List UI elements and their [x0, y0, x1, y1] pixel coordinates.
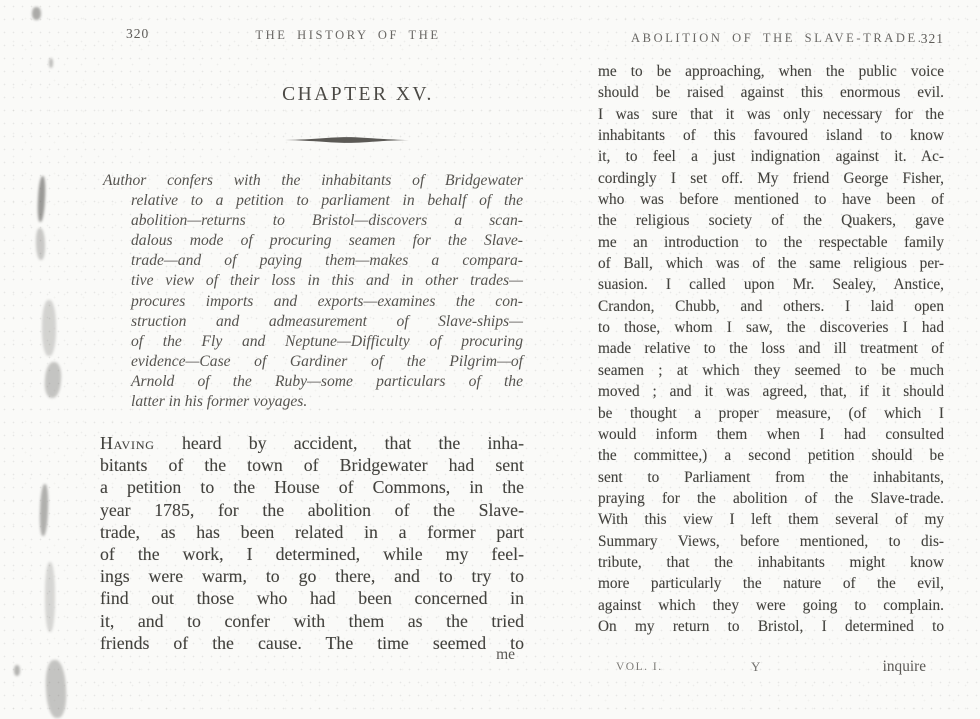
scan-smudge	[49, 58, 53, 68]
body-line: would inform them when I had consulted	[598, 424, 944, 445]
body-line: moved ; and it was agreed, that, if it s…	[598, 381, 944, 402]
signature-mark: Y	[751, 659, 760, 675]
body-line: Having heard by accident, that the inha-	[100, 432, 524, 454]
summary-line: trade—and of paying them—makes a compara…	[131, 251, 523, 271]
scan-smudge	[32, 7, 41, 20]
body-line: be thought a proper measure, (of which I	[598, 403, 944, 424]
body-line: made relative to the loss and ill treatm…	[598, 338, 944, 359]
body-line: who was before mentioned to have been of	[598, 189, 944, 210]
body-line: tribute, that the inhabitants might know	[598, 552, 944, 573]
catchword-left: me	[458, 646, 515, 664]
body-line: against which they were going to complai…	[598, 595, 944, 616]
body-line: With this view I left them several of my	[598, 509, 944, 530]
body-line-text: heard by accident, that the inha-	[155, 433, 524, 453]
summary-line: struction and admeasurement of Slave-shi…	[131, 312, 523, 332]
body-line: bitants of the town of Bridgewater had s…	[100, 454, 524, 476]
summary-line: evidence—Case of Gardiner of the Pilgrim…	[131, 352, 523, 372]
body-line: Summary Views, before mentioned, to dis-	[598, 531, 944, 552]
body-line: ings were warm, to go there, and to try …	[100, 565, 524, 587]
chapter-heading: CHAPTER XV.	[248, 84, 468, 106]
summary-line: procures imports and exports—examines th…	[131, 292, 523, 312]
running-title-left: THE HISTORY OF THE	[248, 28, 448, 43]
body-line: should be raised against this enormous e…	[598, 82, 944, 103]
body-line: find out those who had been concerned in	[100, 587, 524, 609]
right-page: ABOLITION OF THE SLAVE-TRADE. 321 me to …	[596, 0, 948, 719]
body-line: to those, whom I saw, the discoveries I …	[598, 317, 944, 338]
scan-smudge	[45, 562, 55, 632]
scan-smudge	[44, 361, 62, 398]
body-line: the religious society of the Quakers, ga…	[598, 210, 944, 231]
summary-line: Arnold of the Ruby—some particulars of t…	[131, 372, 523, 392]
running-title-right: ABOLITION OF THE SLAVE-TRADE.	[631, 31, 901, 46]
page-number-right: 321	[921, 31, 944, 47]
scan-smudge	[42, 300, 56, 356]
body-line: seamen ; at which they seemed to be much	[598, 360, 944, 381]
body-line: sent to Parliament from the inhabitants,	[598, 467, 944, 488]
page-number-left: 320	[126, 26, 149, 42]
page-footer: VOL. I. Y inquire	[596, 658, 948, 678]
swelled-rule-ornament	[285, 136, 409, 144]
summary-line: abolition—returns to Bristol—discovers a…	[131, 211, 523, 231]
catchword-right: inquire	[883, 658, 926, 676]
body-line: year 1785, for the abolition of the Slav…	[100, 499, 524, 521]
summary-line: Author confers with the inhabitants of B…	[103, 171, 523, 191]
body-line: of the work, I determined, while my feel…	[100, 543, 524, 565]
volume-label: VOL. I.	[616, 661, 663, 673]
body-line: me an introduction to the respectable fa…	[598, 232, 944, 253]
body-line: On my return to Bristol, I determined to	[598, 616, 944, 637]
left-page: 320 THE HISTORY OF THE CHAPTER XV. Autho…	[98, 0, 528, 719]
summary-line: tive view of their loss in this and in o…	[131, 271, 523, 291]
lead-word: Having	[100, 433, 155, 453]
scan-smudge	[44, 660, 67, 719]
summary-line: of the Fly and Neptune—Difficulty of pro…	[131, 332, 523, 352]
scan-smudge	[37, 176, 46, 222]
body-line: inhabitants of this favoured island to k…	[598, 125, 944, 146]
body-line: praying for the abolition of the Slave-t…	[598, 488, 944, 509]
body-line: of Ball, which was of the same religious…	[598, 253, 944, 274]
body-line: more particularly the nature of the evil…	[598, 573, 944, 594]
body-line: it, to feel a just indignation against i…	[598, 146, 944, 167]
body-line: cordingly I set off. My friend George Fi…	[598, 168, 944, 189]
summary-line: relative to a petition to parliament in …	[131, 191, 523, 211]
body-line: the committee,) a second petition should…	[598, 445, 944, 466]
left-body-text: Having heard by accident, that the inha-…	[100, 432, 524, 654]
scan-smudge	[35, 228, 45, 260]
body-line: suasion. I called upon Mr. Sealey, Ansti…	[598, 274, 944, 295]
book-scan: 320 THE HISTORY OF THE CHAPTER XV. Autho…	[0, 0, 980, 719]
body-line: Crandon, Chubb, and others. I laid open	[598, 296, 944, 317]
body-line: I was sure that it was only necessary fo…	[598, 104, 944, 125]
chapter-summary: Author confers with the inhabitants of B…	[103, 171, 523, 412]
summary-line: latter in his former voyages.	[131, 392, 523, 412]
right-body-text: me to be approaching, when the public vo…	[598, 61, 944, 637]
scan-smudge	[14, 665, 20, 676]
body-line: a petition to the House of Commons, in t…	[100, 476, 524, 498]
body-line: it, and to confer with them as the tried	[100, 610, 524, 632]
scan-smudge	[39, 484, 49, 536]
body-line: trade, as has been related in a former p…	[100, 521, 524, 543]
summary-line: dalous mode of procuring seamen for the …	[131, 231, 523, 251]
body-line: me to be approaching, when the public vo…	[598, 61, 944, 82]
